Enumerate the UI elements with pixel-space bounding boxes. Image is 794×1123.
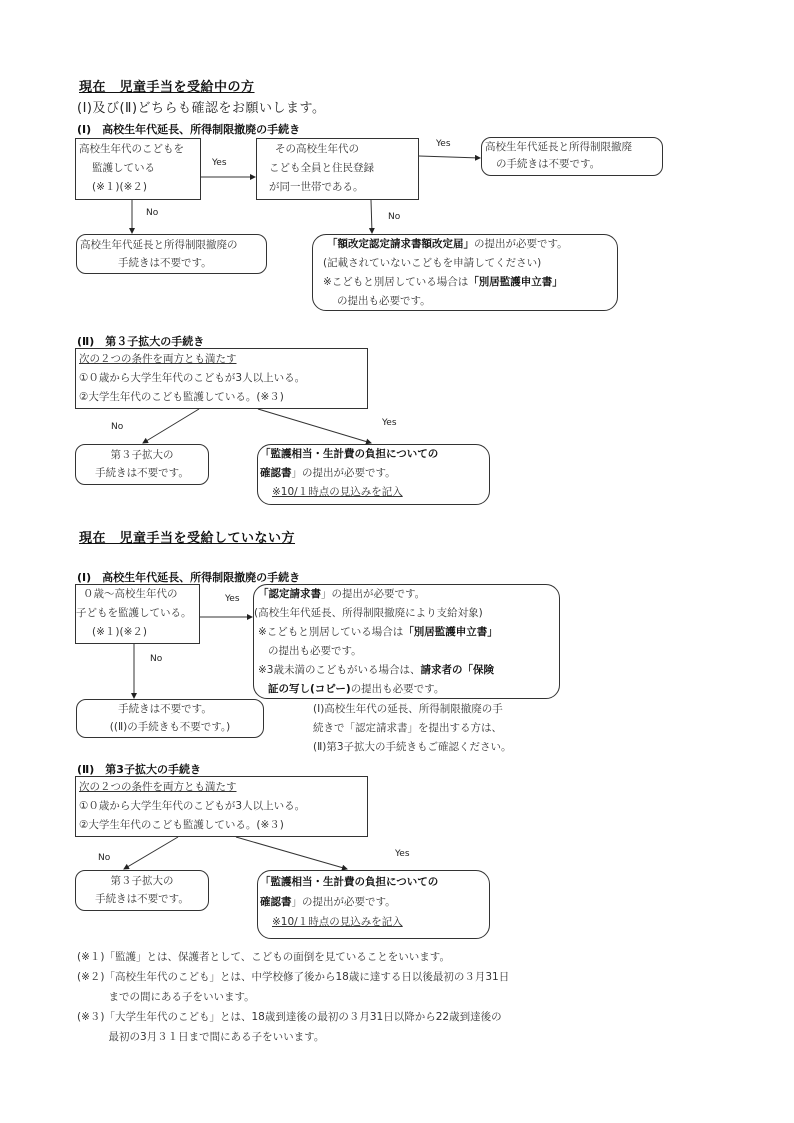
arrow-s1-p2-no xyxy=(143,409,199,443)
arrow-s2-p2-yes xyxy=(236,837,347,869)
arrow-s1-p2-yes xyxy=(258,409,371,443)
arrow-s1-q2-yes xyxy=(419,156,480,158)
flow-arrows xyxy=(0,0,794,1123)
arrow-s2-p2-no xyxy=(124,837,178,869)
arrow-s1-q2-no xyxy=(371,200,372,233)
